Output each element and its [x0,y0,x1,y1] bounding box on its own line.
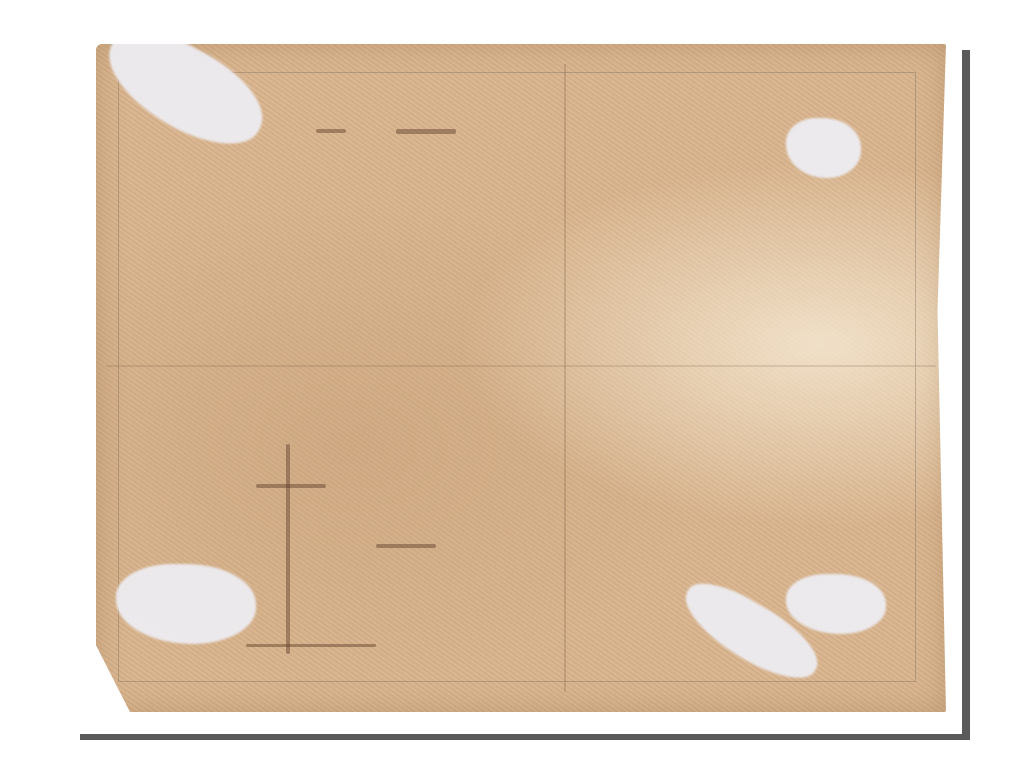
bleed-through-mark [256,484,326,488]
bleed-through-mark [246,644,376,647]
vertical-fold-line [564,64,566,692]
bleed-through-mark [316,129,346,133]
paper-note [96,44,946,712]
bleed-through-mark [396,129,456,134]
horizontal-fold-line [106,365,936,367]
bleed-through-mark [376,544,436,548]
bleed-through-mark [286,444,290,654]
